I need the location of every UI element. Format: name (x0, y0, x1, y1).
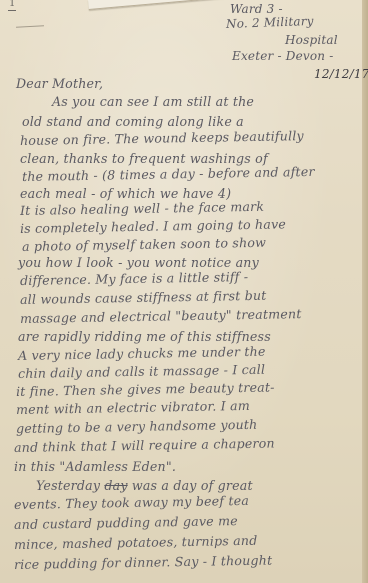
page-number-underline (8, 10, 16, 11)
struck-word: day (104, 478, 127, 493)
letter-line: are rapidly ridding me of this stiffness (18, 329, 271, 344)
letter-line: in this "Adamless Eden". (14, 459, 176, 474)
letter-line: old stand and coming along like a (22, 114, 244, 129)
address-line-hospital: Hospital (285, 33, 338, 47)
address-line-ward: Ward 3 - (230, 2, 283, 16)
letter-line: you how I look - you wont notice any (18, 255, 259, 270)
salutation: Dear Mother, (16, 76, 103, 91)
yesterday-start: Yesterday (36, 478, 104, 493)
paper-edge (362, 0, 368, 583)
letter-line-yesterday: Yesterday day was a day of great (36, 478, 253, 493)
yesterday-end: was a day of great (128, 478, 253, 493)
letter-line: each meal - of which we have 4) (20, 186, 231, 201)
address-line-city: Exeter - Devon - (232, 49, 334, 63)
letter-line: clean, thanks to frequent washings of (20, 151, 268, 166)
letter-date: 12/12/17 (314, 67, 368, 81)
letter-line: As you can see I am still at the (52, 94, 254, 109)
page-number: 1 (9, 0, 15, 9)
